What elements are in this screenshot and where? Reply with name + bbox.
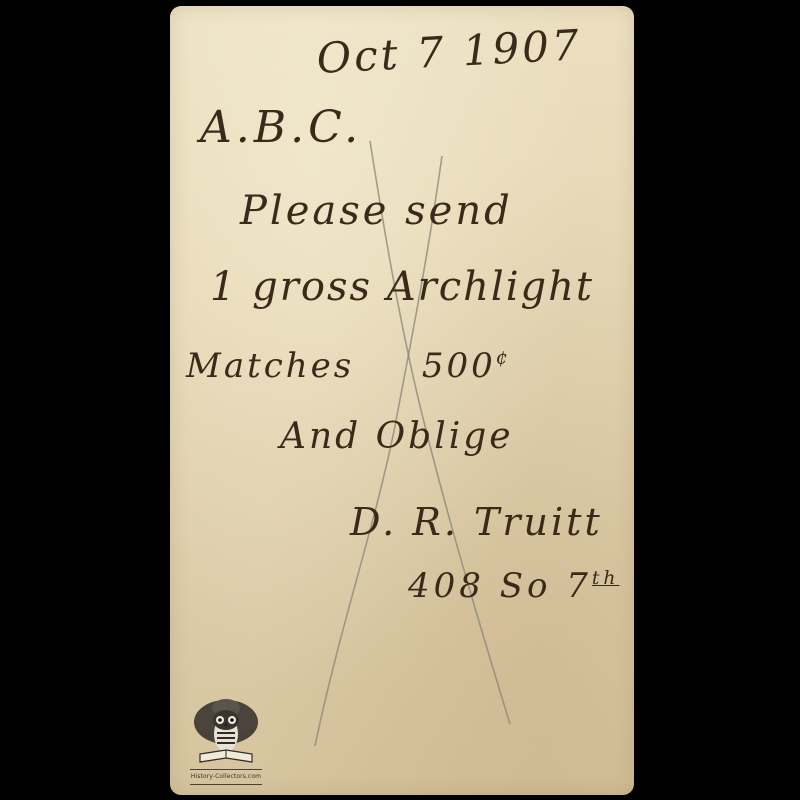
letter-line-matches: Matches 500¢ [186, 346, 511, 386]
letter-line-please-send: Please send [240, 188, 513, 234]
photo-stage: Oct 7 1907 A.B.C. Please send 1 gross Ar… [0, 0, 800, 800]
matches-text: Matches [186, 346, 354, 386]
logo-divider-bottom [190, 784, 262, 785]
letter-address: 408 So 7th [408, 566, 619, 606]
logo-divider-top [190, 769, 262, 770]
address-number: 408 So 7 [408, 566, 592, 606]
owl-on-book-icon [186, 694, 266, 766]
letter-date: Oct 7 1907 [315, 20, 582, 83]
matches-amount: 500 [422, 346, 496, 386]
letter-recipient: A.B.C. [200, 102, 362, 153]
postcard: Oct 7 1907 A.B.C. Please send 1 gross Ar… [170, 6, 634, 795]
letter-signature: D. R. Truitt [350, 500, 603, 544]
logo-text: History-Collectors.com [186, 773, 266, 780]
matches-amount-suffix: ¢ [496, 348, 511, 369]
letter-closing: And Oblige [280, 416, 514, 457]
address-suffix: th [592, 568, 620, 589]
letter-line-gross-archlight: 1 gross Archlight [210, 264, 594, 310]
history-collectors-logo: History-Collectors.com [186, 694, 266, 790]
